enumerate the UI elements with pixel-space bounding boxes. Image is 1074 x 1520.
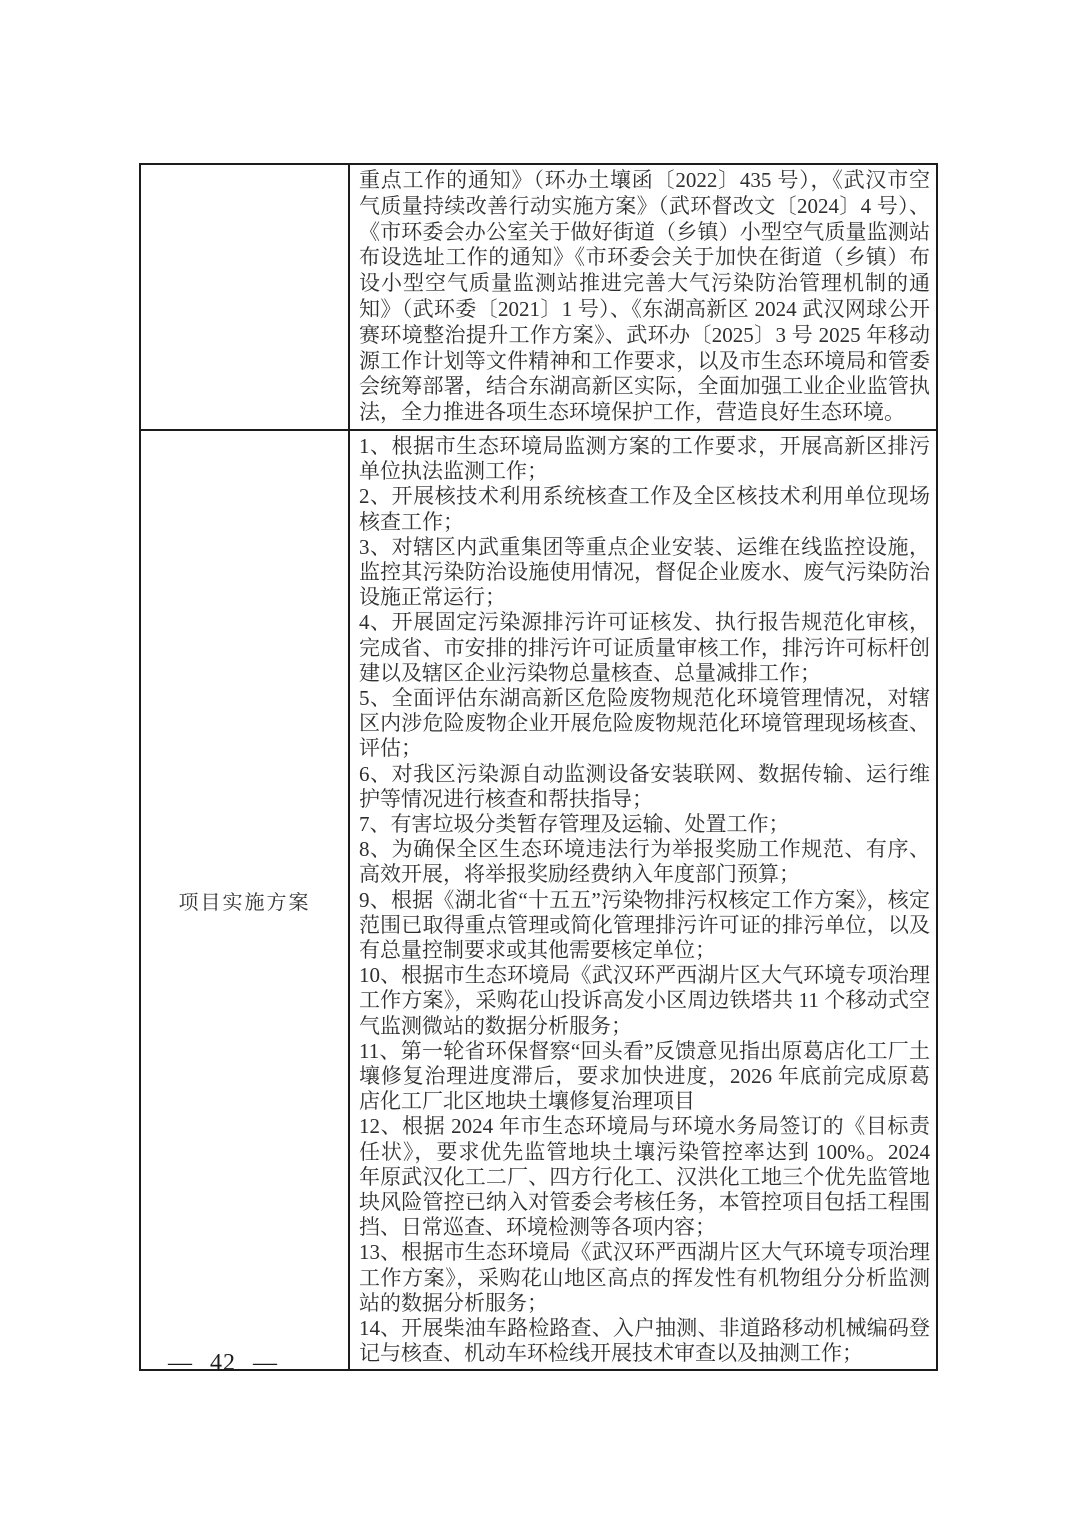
implementation-item-6: 6、对我区污染源自动监测设备安装联网、数据传输、运行维护等情况进行核查和帮扶指导… — [359, 762, 930, 812]
implementation-item-4: 4、开展固定污染源排污许可证核发、执行报告规范化审核，完成省、市安排的排污许可证… — [359, 610, 930, 686]
table-row-overview: 重点工作的通知》（环办土壤函〔2022〕435 号），《武汉市空气质量持续改善行… — [141, 165, 936, 429]
document-table: 重点工作的通知》（环办土壤函〔2022〕435 号），《武汉市空气质量持续改善行… — [139, 163, 938, 1371]
implementation-row-label: 项目实施方案 — [179, 886, 311, 915]
implementation-item-12: 12、根据 2024 年市生态环境局与环境水务局签订的《目标责任状》，要求优先监… — [359, 1114, 930, 1240]
implementation-item-2: 2、开展核技术利用系统核查工作及全区核技术利用单位现场核查工作； — [359, 484, 930, 534]
implementation-item-7: 7、有害垃圾分类暂存管理及运输、处置工作； — [359, 812, 930, 837]
implementation-item-11: 11、第一轮省环保督察“回头看”反馈意见指出原葛店化工厂土壤修复治理进度滞后，要… — [359, 1039, 930, 1115]
overview-paragraph: 重点工作的通知》（环办土壤函〔2022〕435 号），《武汉市空气质量持续改善行… — [359, 168, 930, 426]
implementation-item-14: 14、开展柴油车路检路查、入户抽测、非道路移动机械编码登记与核查、机动车环检线开… — [359, 1316, 930, 1366]
implementation-item-9: 9、根据《湖北省“十五五”污染物排污权核定工作方案》，核定范围已取得重点管理或简… — [359, 888, 930, 964]
implementation-item-3: 3、对辖区内武重集团等重点企业安装、运维在线监控设施，监控其污染防治设施使用情况… — [359, 535, 930, 611]
overview-label-cell-empty — [141, 165, 350, 429]
implementation-item-5: 5、全面评估东湖高新区危险废物规范化环境管理情况，对辖区内涉危险废物企业开展危险… — [359, 686, 930, 762]
table-row-implementation: 项目实施方案 1、根据市生态环境局监测方案的工作要求，开展高新区排污单位执法监测… — [141, 429, 936, 1370]
implementation-item-8: 8、为确保全区生态环境违法行为举报奖励工作规范、有序、高效开展，将举报奖励经费纳… — [359, 837, 930, 887]
overview-content-cell: 重点工作的通知》（环办土壤函〔2022〕435 号），《武汉市空气质量持续改善行… — [350, 165, 936, 429]
page-number: — 42 — — [168, 1350, 278, 1377]
implementation-label-cell: 项目实施方案 — [141, 431, 350, 1370]
implementation-content-cell: 1、根据市生态环境局监测方案的工作要求，开展高新区排污单位执法监测工作； 2、开… — [350, 431, 936, 1370]
implementation-item-10: 10、根据市生态环境局《武汉环严西湖片区大气环境专项治理工作方案》，采购花山投诉… — [359, 963, 930, 1039]
implementation-item-1: 1、根据市生态环境局监测方案的工作要求，开展高新区排污单位执法监测工作； — [359, 434, 930, 484]
implementation-item-13: 13、根据市生态环境局《武汉环严西湖片区大气环境专项治理工作方案》，采购花山地区… — [359, 1240, 930, 1316]
